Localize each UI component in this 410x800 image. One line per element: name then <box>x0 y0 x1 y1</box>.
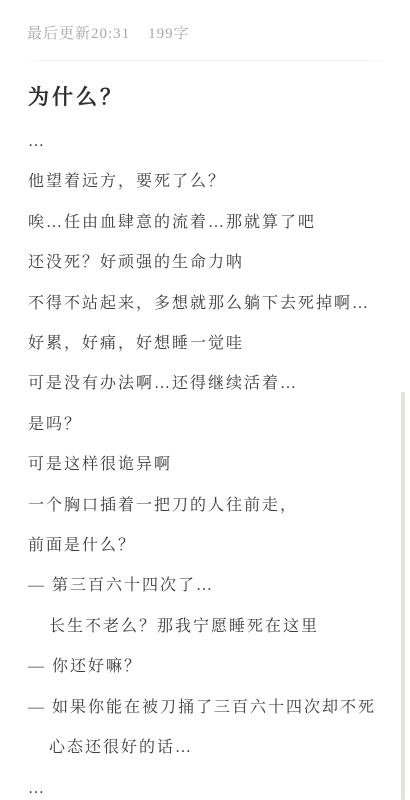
note-line: 唉…任由血肆意的流着…那就算了吧 <box>28 215 382 231</box>
note-line: — 如果你能在被刀捅了三百六十四次却不死 <box>28 700 382 716</box>
note-line: — 第三百六十四次了… <box>28 578 382 594</box>
note-line: 心态还很好的话… <box>28 740 382 756</box>
note-line: … <box>28 781 382 797</box>
note-page: 最后更新20:31199字 为什么？ … 他望着远方，要死了么？ 唉…任由血肆意… <box>0 0 410 800</box>
scrollbar-thumb[interactable] <box>401 392 405 800</box>
note-line: 好累，好痛，好想睡一觉哇 <box>28 336 382 352</box>
word-count-label: 199字 <box>148 26 190 42</box>
note-line: — 你还好嘛？ <box>28 659 382 675</box>
note-line: 是吗？ <box>28 417 382 433</box>
note-line: 一个胸口插着一把刀的人往前走， <box>28 498 382 514</box>
note-line: 前面是什么？ <box>28 538 382 554</box>
last-updated-label: 最后更新20:31 <box>27 26 130 42</box>
note-title: 为什么？ <box>28 84 382 110</box>
note-line: … <box>28 134 382 150</box>
note-line: 还没死？好顽强的生命力呐 <box>28 255 382 271</box>
note-line: 不得不站起来，多想就那么躺下去死掉啊… <box>28 296 382 312</box>
note-line: 可是没有办法啊…还得继续活着… <box>28 376 382 392</box>
note-meta-header: 最后更新20:31199字 <box>0 0 410 43</box>
note-line: 长生不老么？那我宁愿睡死在这里 <box>28 619 382 635</box>
note-body: 为什么？ … 他望着远方，要死了么？ 唉…任由血肆意的流着…那就算了吧 还没死？… <box>0 84 410 797</box>
note-line: 可是这样很诡异啊 <box>28 457 382 473</box>
header-divider <box>25 60 385 61</box>
note-line: 他望着远方，要死了么？ <box>28 174 382 190</box>
